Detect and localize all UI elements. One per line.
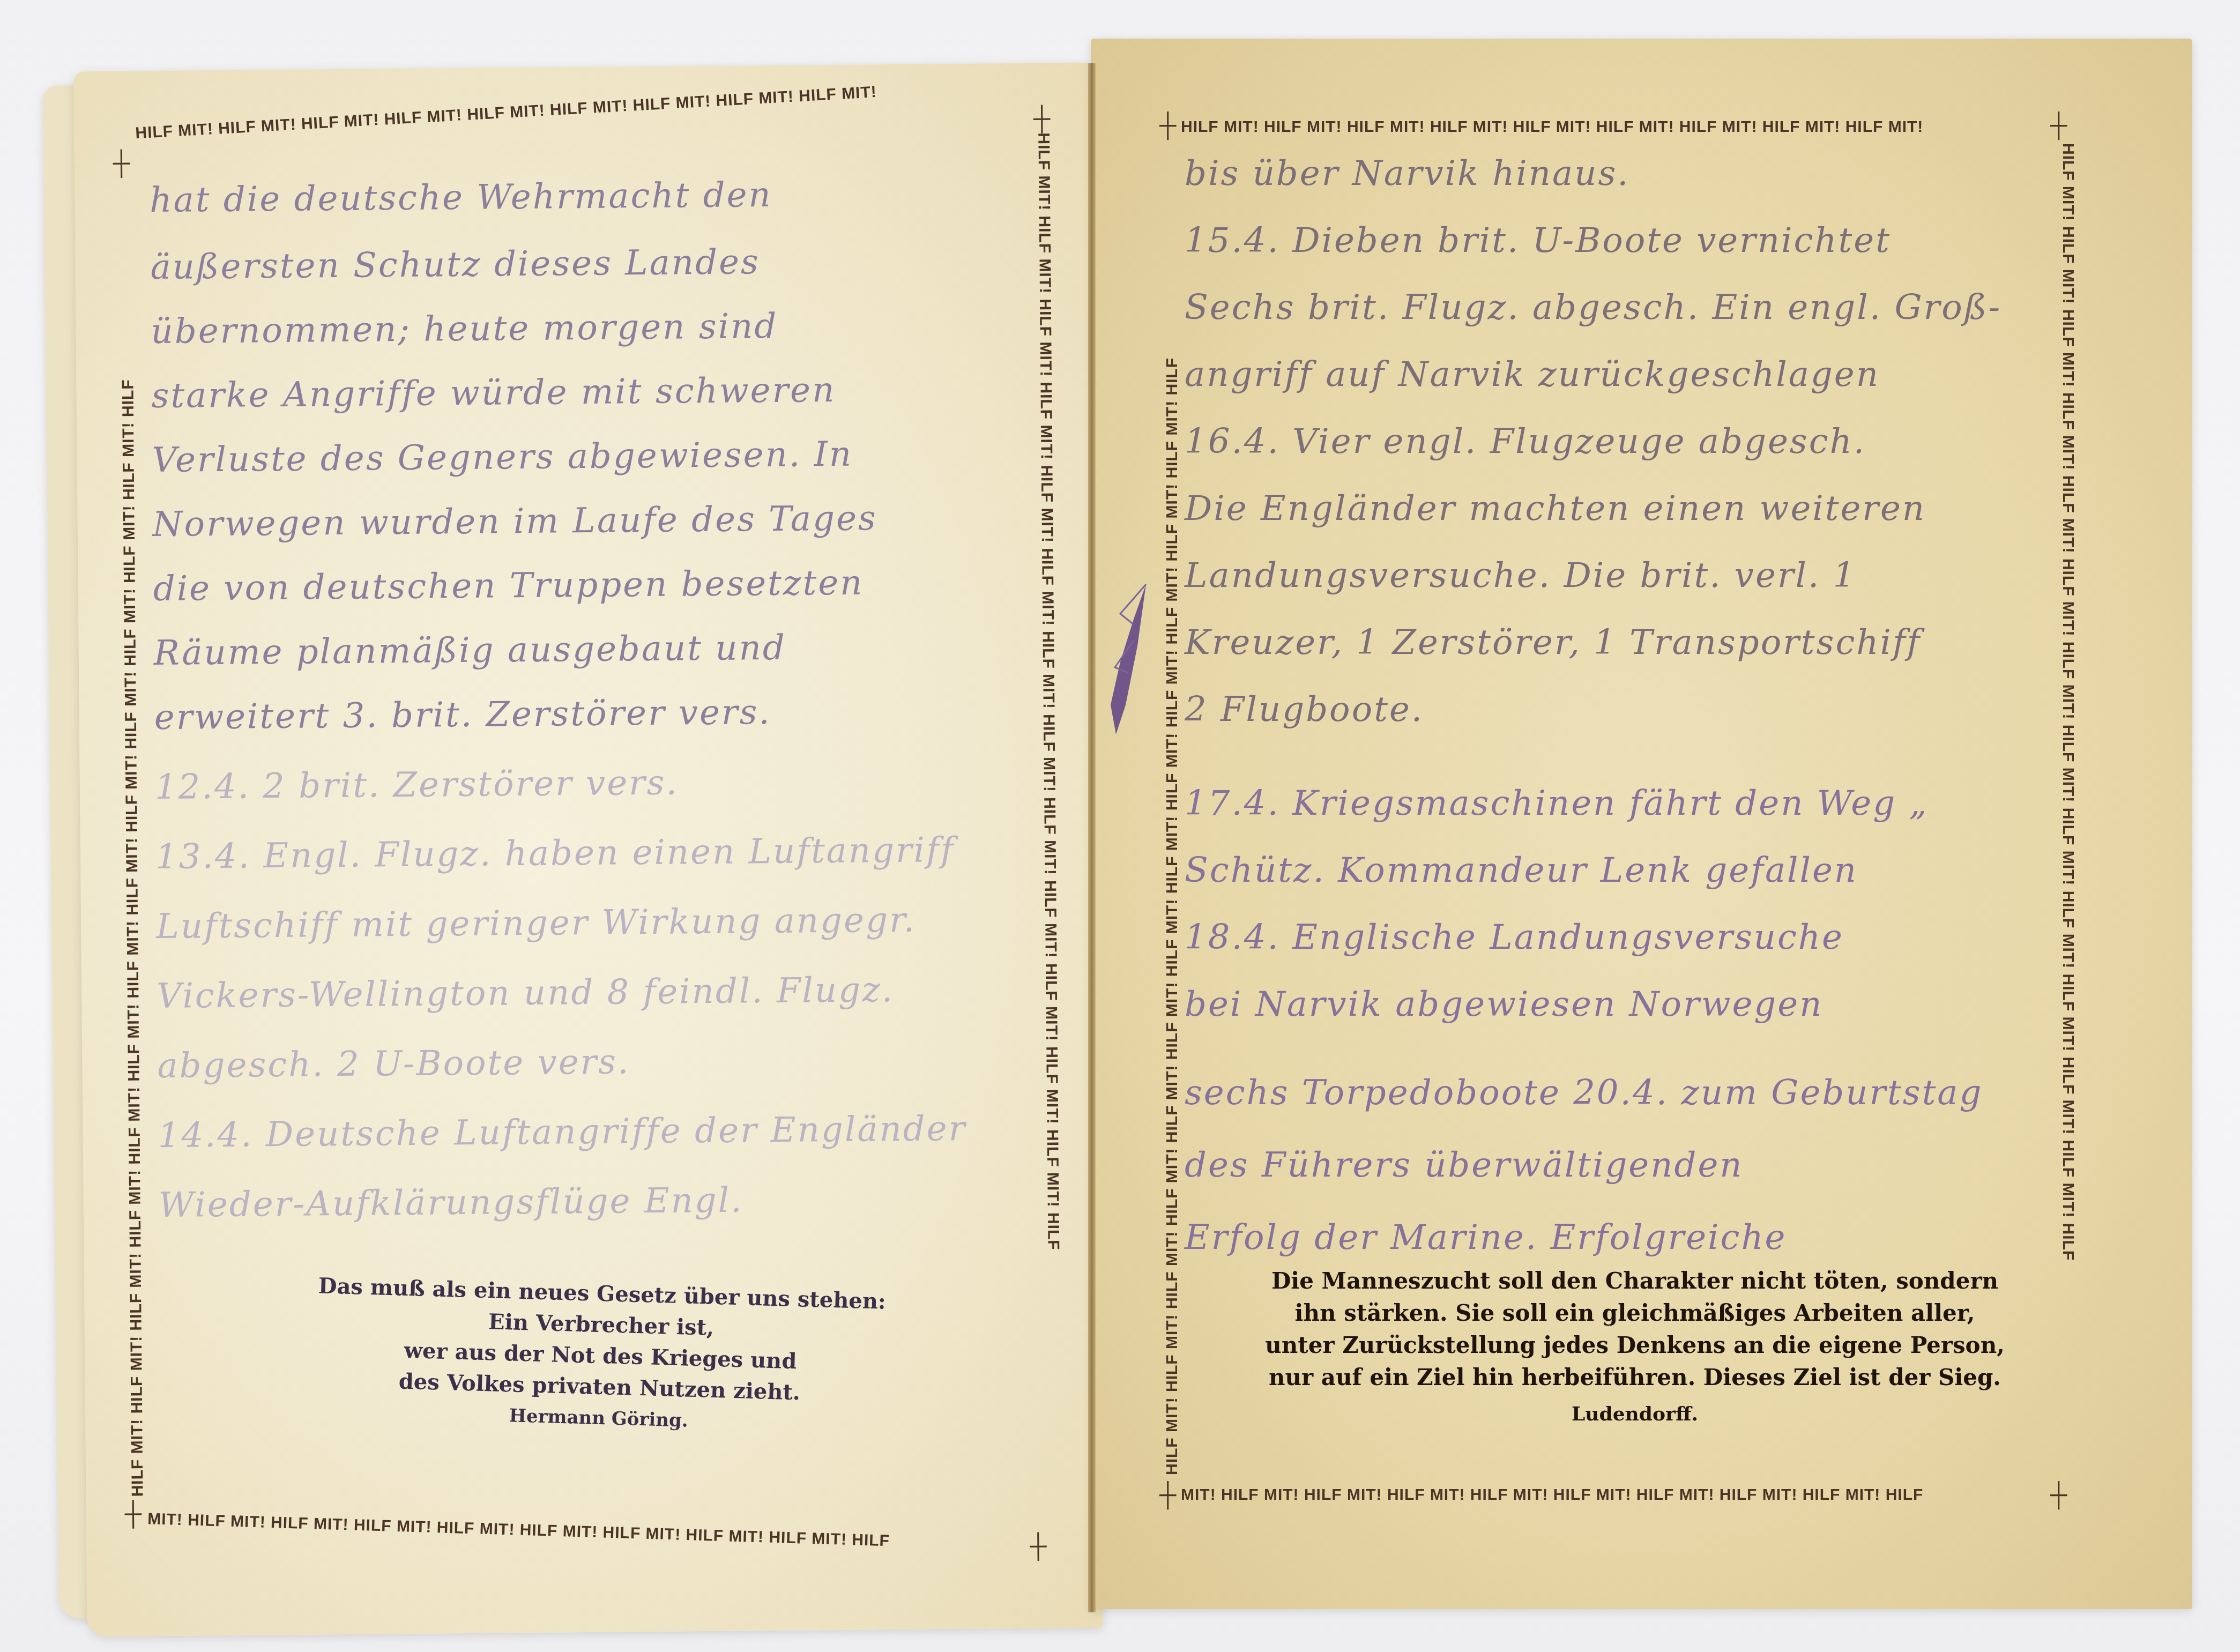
handwriting-line: 2 Flugboote. bbox=[1185, 690, 1424, 730]
handwriting-line: 16.4. Vier engl. Flugzeuge abgesch. bbox=[1185, 422, 1866, 462]
handwriting-line: sechs Torpedoboote 20.4. zum Geburtstag bbox=[1185, 1073, 1983, 1113]
handwriting-line: übernommen; heute morgen sind bbox=[151, 307, 778, 352]
handwriting-line: erweitert 3. brit. Zerstörer vers. bbox=[154, 693, 772, 738]
border-right: HILF MIT! HILF MIT! HILF MIT! HILF MIT! … bbox=[1034, 132, 1065, 1526]
handwriting-line: Norwegen wurden im Laufe des Tages bbox=[152, 498, 877, 545]
handwriting-line: Schütz. Kommandeur Lenk gefallen bbox=[1185, 851, 1858, 890]
book-gutter bbox=[1088, 63, 1096, 1612]
handwriting-line: hat die deutsche Wehrmacht den bbox=[150, 175, 772, 220]
corner-cross-icon: ┼ bbox=[2050, 1483, 2067, 1507]
crayon-mark-icon bbox=[1104, 582, 1152, 737]
handwriting-line: 14.4. Deutsche Luftangriffe der Englände… bbox=[158, 1109, 966, 1156]
border-bottom: MIT! HILF MIT! HILF MIT! HILF MIT! HILF … bbox=[1181, 1486, 1923, 1504]
handwriting-line: 13.4. Engl. Flugz. haben einen Luftangri… bbox=[155, 830, 955, 877]
border-right: HILF MIT! HILF MIT! HILF MIT! HILF MIT! … bbox=[2059, 143, 2077, 1483]
corner-cross-icon: ┼ bbox=[1159, 114, 1176, 137]
handwriting-line: Vickers-Wellington und 8 feindl. Flugz. bbox=[157, 970, 894, 1016]
handwriting-line: des Führers überwältigenden bbox=[1185, 1145, 1744, 1185]
handwriting-line: die von deutschen Truppen besetzten bbox=[153, 563, 864, 609]
quote-line: nur auf ein Ziel hin herbeiführen. Diese… bbox=[1209, 1361, 2061, 1394]
quote-line: Die Manneszucht soll den Charakter nicht… bbox=[1209, 1265, 2061, 1297]
handwriting-line: Erfolg der Marine. Erfolgreiche bbox=[1185, 1218, 1787, 1257]
corner-cross-icon: ┼ bbox=[1030, 1535, 1047, 1558]
handwriting-line: starke Angriffe würde mit schweren bbox=[151, 370, 836, 416]
handwriting-line: Die Engländer machten einen weiteren bbox=[1185, 489, 1926, 529]
handwriting-line: Wieder-Aufklärungsflüge Engl. bbox=[158, 1181, 743, 1226]
border-left: HILF MIT! HILF MIT! HILF MIT! HILF MIT! … bbox=[1163, 135, 1181, 1475]
handwriting-line: 18.4. Englische Landungsversuche bbox=[1185, 918, 1844, 957]
goering-quote: Das muß als ein neues Gesetz über uns st… bbox=[250, 1269, 951, 1443]
handwriting-line: angriff auf Narvik zurückgeschlagen bbox=[1185, 355, 1880, 395]
handwriting-line: bis über Narvik hinaus. bbox=[1185, 154, 1630, 194]
handwriting-line: Sechs brit. Flugz. abgesch. Ein engl. Gr… bbox=[1185, 288, 2001, 328]
corner-cross-icon: ┼ bbox=[125, 1502, 142, 1526]
border-top: HILF MIT! HILF MIT! HILF MIT! HILF MIT! … bbox=[1181, 118, 1923, 136]
quote-line: ihn stärken. Sie soll ein gleichmäßiges … bbox=[1209, 1297, 2061, 1329]
handwriting-line: 15.4. Dieben brit. U-Boote vernichtet bbox=[1185, 221, 1891, 261]
handwriting-line: Landungsversuche. Die brit. verl. 1 bbox=[1185, 556, 1856, 596]
handwriting-line: bei Narvik abgewiesen Norwegen bbox=[1185, 985, 1823, 1024]
corner-cross-icon: ┼ bbox=[1033, 107, 1051, 130]
handwriting-line: Luftschiff mit geringer Wirkung angegr. bbox=[156, 901, 916, 947]
border-left: HILF MIT! HILF MIT! HILF MIT! HILF MIT! … bbox=[117, 167, 147, 1497]
border-top: HILF MIT! HILF MIT! HILF MIT! HILF MIT! … bbox=[135, 83, 877, 143]
border-bottom: MIT! HILF MIT! HILF MIT! HILF MIT! HILF … bbox=[147, 1510, 890, 1550]
quote-line: unter Zurückstellung jedes Denkens an di… bbox=[1209, 1329, 2061, 1361]
corner-cross-icon: ┼ bbox=[2050, 114, 2067, 137]
ludendorff-quote: Die Manneszucht soll den Charakter nicht… bbox=[1209, 1265, 2061, 1430]
handwriting-line: 17.4. Kriegsmaschinen fährt den Weg „ bbox=[1185, 784, 1929, 823]
handwriting-line: Kreuzer, 1 Zerstörer, 1 Transportschiff bbox=[1185, 623, 1921, 663]
handwriting-line: Räume planmäßig ausgebaut und bbox=[153, 628, 786, 673]
handwriting-line: äußersten Schutz dieses Landes bbox=[150, 242, 760, 287]
handwriting-line: Verluste des Gegners abgewiesen. In bbox=[152, 435, 853, 480]
handwriting-line: 12.4. 2 brit. Zerstörer vers. bbox=[155, 763, 679, 808]
quote-attribution: Ludendorff. bbox=[1209, 1398, 2061, 1430]
corner-cross-icon: ┼ bbox=[1159, 1483, 1176, 1507]
handwriting-line: abgesch. 2 U-Boote vers. bbox=[157, 1042, 630, 1086]
